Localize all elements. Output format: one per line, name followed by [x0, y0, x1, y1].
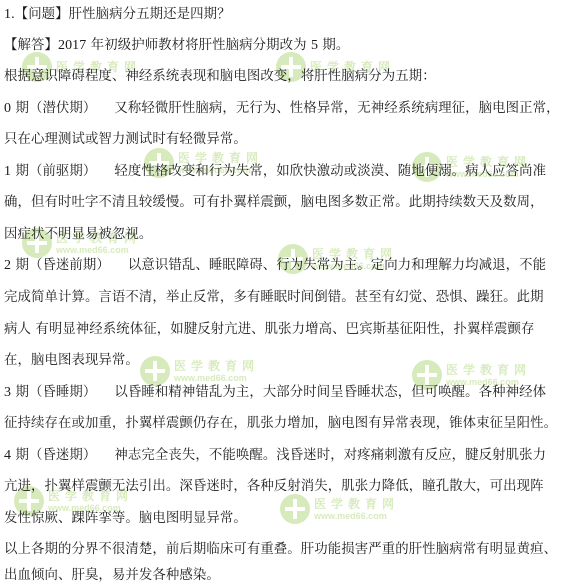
watermark-text: 医学教育网 — [446, 364, 531, 377]
stage-description: 轻度性格改变和行为失常，如欣快激动或淡漠、随地便溺。病人应答尚准 — [114, 164, 546, 179]
stage-name: 期（昏迷前期） — [11, 258, 110, 273]
stage-name: 期（昏迷期） — [11, 448, 96, 463]
watermark-logo: 医学教育网www.med66.com — [140, 356, 259, 386]
answer-label: 【解答】 — [4, 38, 58, 53]
stage-1-line-2: 确，但有时吐字不清且较缓慢。可有扑翼样震颤，脑电图多数正常。此期持续数天及数周， — [4, 195, 544, 211]
stage-name: 期（潜伏期） — [11, 101, 96, 116]
watermark-text: 医学教育网 — [174, 360, 259, 373]
stage-2-line-3: 病人 有明显神经系统体征，如腱反射亢进、肌张力增高、巴宾斯基征阳性，扑翼样震颤存 — [4, 322, 535, 338]
watermark-logo: 医学教育网www.med66.com — [280, 494, 399, 524]
answer-text: 年初级护师教材将肝性脑病分期改为 — [86, 38, 311, 53]
conclusion-line-1: 以上各期的分界不很清楚，前后期临床可有重叠。肝功能损害严重的肝性脑病常有明显黄疸… — [4, 542, 557, 558]
stage-4-line-3: 发性惊厥、踝阵挛等。脑电图明显异常。 — [4, 511, 247, 527]
question-heading: 1.【问题】肝性脑病分五期还是四期？ — [4, 7, 231, 23]
answer-year: 2017 — [58, 38, 86, 53]
stage-3-line-1: 3 期（昏睡期）以昏睡和精神错乱为主，大部分时间呈昏睡状态，但可唤醒。各种神经体 — [4, 385, 546, 401]
stage-2-line-2: 完成简单计算。言语不清，举止反常，多有睡眠时间倒错。甚至有幻觉、恐惧、躁狂。此期 — [4, 290, 544, 306]
stage-1-line-1: 1 期（前驱期）轻度性格改变和行为失常，如欣快激动或淡漠、随地便溺。病人应答尚准 — [4, 164, 546, 180]
watermark-text: 医学教育网 — [314, 498, 399, 511]
stage-4-line-1: 4 期（昏迷期）神志完全丧失，不能唤醒。浅昏迷时，对疼痛刺激有反应，腱反射肌张力 — [4, 448, 546, 464]
med66-logo-icon — [140, 356, 170, 386]
stage-name: 期（昏睡期） — [11, 385, 96, 400]
stage-0-line-1: 0 期（潜伏期）又称轻微肝性脑病，无行为、性格异常，无神经系统病理征，脑电图正常… — [4, 101, 560, 117]
stage-description: 神志完全丧失，不能唤醒。浅昏迷时，对疼痛刺激有反应，腱反射肌张力 — [114, 448, 546, 463]
stage-description: 又称轻微肝性脑病，无行为、性格异常，无神经系统病理征，脑电图正常， — [114, 101, 559, 116]
watermark-text: 医学教育网 — [178, 152, 263, 165]
watermark-url: www.med66.com — [174, 373, 259, 383]
stage-2-line-4: 在，脑电图表现异常。 — [4, 353, 139, 369]
stage-description: 以意识错乱、睡眠障碍、行为失常为主。定向力和理解力均减退，不能 — [128, 258, 546, 273]
stage-2-line-1: 2 期（昏迷前期）以意识错乱、睡眠障碍、行为失常为主。定向力和理解力均减退，不能 — [4, 258, 546, 274]
stage-description: 以昏睡和精神错乱为主，大部分时间呈昏睡状态，但可唤醒。各种神经体 — [114, 385, 546, 400]
question-label: 【问题】 — [15, 7, 69, 22]
stage-name: 期（前驱期） — [11, 164, 96, 179]
watermark-url: www.med66.com — [314, 511, 399, 521]
stage-1-line-3: 因症状不明显易被忽视。 — [4, 227, 152, 243]
intro-paragraph: 根据意识障碍程度、神经系统表现和脑电图改变，将肝性脑病分为五期： — [4, 69, 436, 85]
answer-count: 5 — [311, 38, 318, 53]
question-text: 肝性脑病分五期还是四期？ — [69, 7, 231, 22]
stage-0-line-2: 只在心理测试或智力测试时有轻微异常。 — [4, 132, 247, 148]
med66-logo-icon — [280, 494, 310, 524]
answer-line: 【解答】2017 年初级护师教材将肝性脑病分期改为 5 期。 — [4, 38, 349, 54]
stage-4-line-2: 亢进，扑翼样震颤无法引出。深昏迷时，各种反射消失，肌张力降低，瞳孔散大，可出现阵 — [4, 479, 544, 495]
conclusion-line-2: 出血倾向、肝臭，易并发各种感染。 — [4, 568, 220, 584]
stage-3-line-2: 征持续存在或加重，扑翼样震颤仍存在，肌张力增加，脑电图有异常表现，锥体束征呈阳性… — [4, 416, 557, 432]
answer-text-end: 期。 — [318, 38, 349, 53]
question-number: 1. — [4, 7, 15, 22]
watermark-url: www.med66.com — [56, 245, 141, 255]
